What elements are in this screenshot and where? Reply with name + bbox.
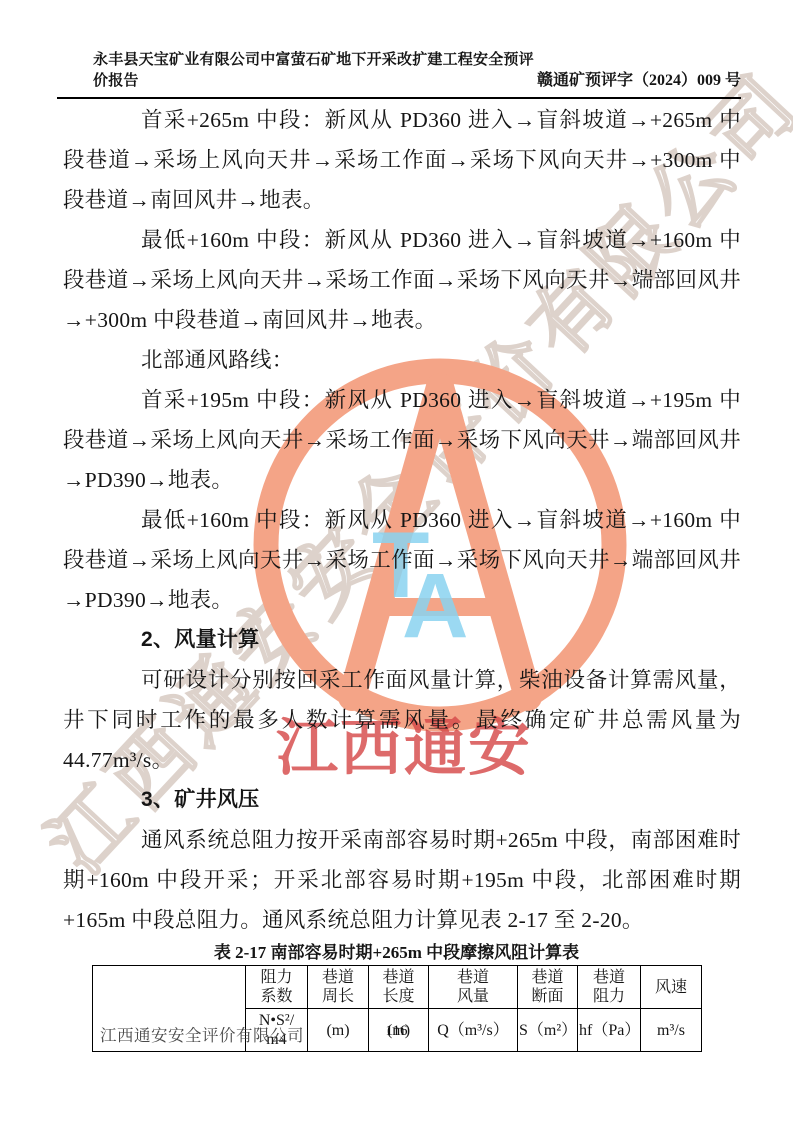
header-report-title: 永丰县天宝矿业有限公司中富萤石矿地下开采改扩建工程安全预评价报告: [57, 48, 537, 90]
page-header: 永丰县天宝矿业有限公司中富萤石矿地下开采改扩建工程安全预评价报告 赣通矿预评字（…: [57, 48, 741, 99]
document-page: 江西通安安全评价有限公司 T A 江西通安 永丰县天宝矿业有限公司中富萤石矿地下…: [0, 0, 793, 1122]
document-body: 首采+265m 中段：新风从 PD360 进入→盲斜坡道→+265m 中段巷道→…: [63, 100, 741, 1052]
paragraph-south-first-level: 首采+265m 中段：新风从 PD360 进入→盲斜坡道→+265m 中段巷道→…: [63, 100, 741, 220]
col-header-roadway-section: 巷道 断面: [518, 966, 578, 1009]
paragraph-mine-pressure: 通风系统总阻力按开采南部容易时期+265m 中段，南部困难时期+160m 中段开…: [63, 820, 741, 940]
section-heading-air-volume: 2、风量计算: [63, 620, 741, 660]
col-header-roadway-airflow: 巷道 风量: [429, 966, 518, 1009]
paragraph-air-volume: 可研设计分别按回采工作面风量计算，柴油设备计算需风量，井下同时工作的最多人数计算…: [63, 660, 741, 780]
paragraph-north-route-label: 北部通风路线：: [63, 340, 741, 380]
paragraph-south-lowest-level: 最低+160m 中段：新风从 PD360 进入→盲斜坡道→+160m 中段巷道→…: [63, 220, 741, 340]
col-header-resistance-coefficient: 阻力 系数: [246, 966, 308, 1009]
col-header-roadway-length: 巷道 长度: [369, 966, 429, 1009]
header-document-number: 赣通矿预评字（2024）009 号: [537, 67, 741, 90]
table-caption: 表 2-17 南部容易时期+265m 中段摩擦风阻计算表: [92, 943, 701, 963]
col-header-wind-speed: 风速: [641, 966, 702, 1009]
paragraph-north-lowest-level: 最低+160m 中段：新风从 PD360 进入→盲斜坡道→+160m 中段巷道→…: [63, 500, 741, 620]
section-heading-mine-pressure: 3、矿井风压: [63, 780, 741, 820]
footer-page-number: 116: [0, 1023, 793, 1040]
paragraph-north-first-level: 首采+195m 中段：新风从 PD360 进入→盲斜坡道→+195m 中段巷道→…: [63, 380, 741, 500]
col-header-roadway-resistance: 巷道 阻力: [578, 966, 641, 1009]
col-header-roadway-perimeter: 巷道 周长: [308, 966, 369, 1009]
